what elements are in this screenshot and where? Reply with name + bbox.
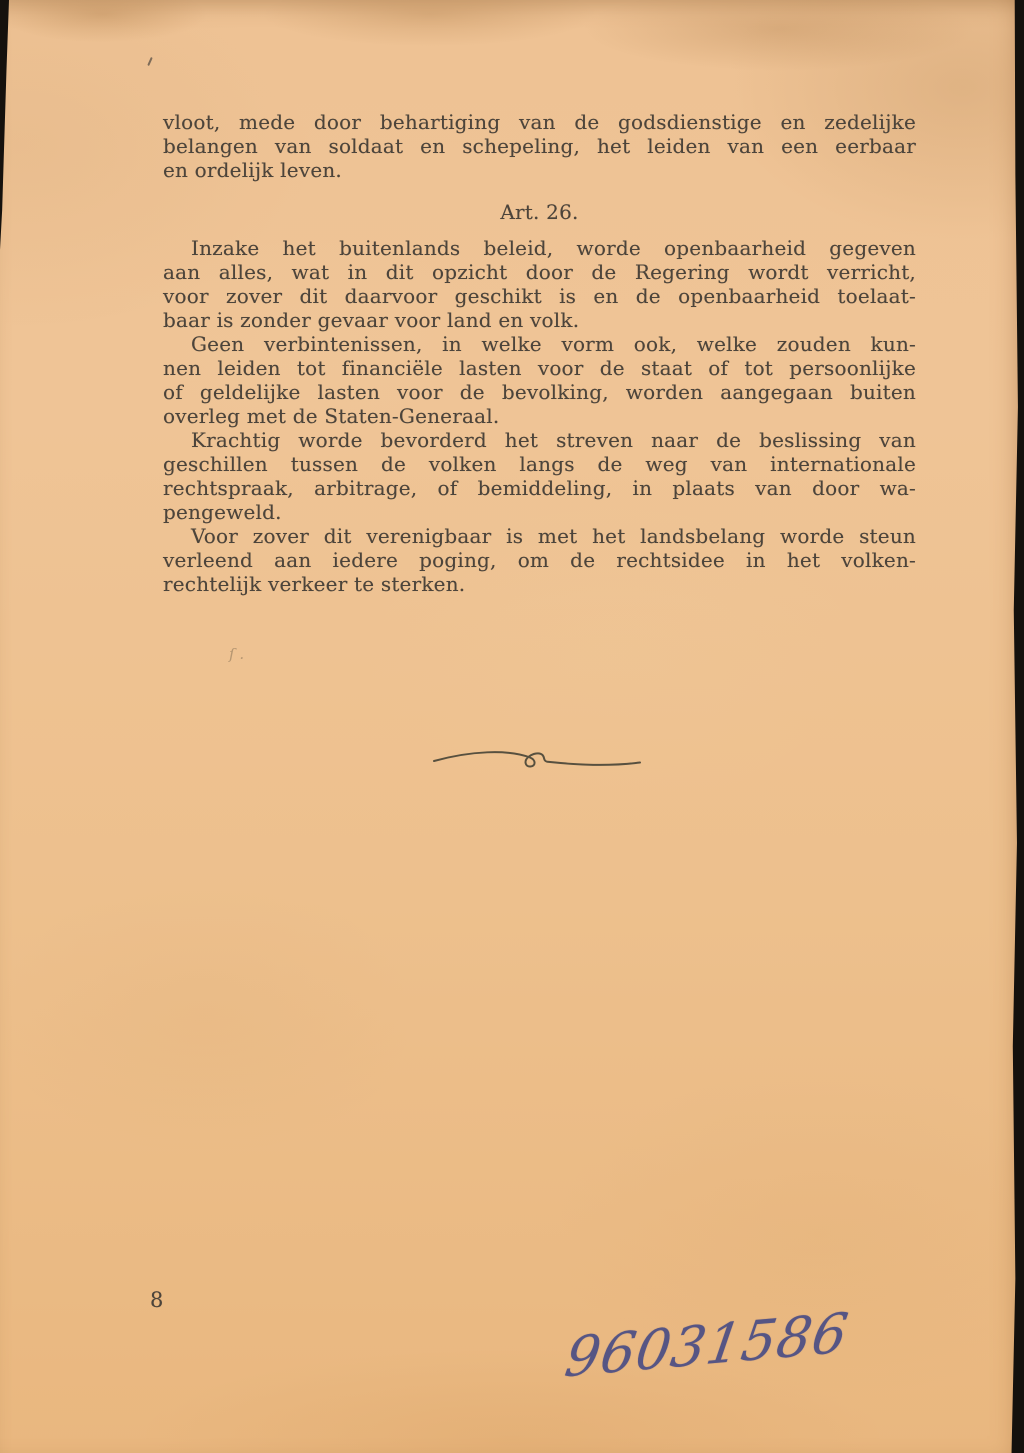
scan-edge-left [0,0,9,250]
body-paragraph: Geen verbintenissen, in welke vorm ook, … [163,332,916,428]
text-column: vloot, mede door behartiging van de gods… [163,110,916,596]
text-line: pengeweld. [163,500,916,524]
text-line: overleg met de Staten-Generaal. [163,404,916,428]
body-paragraph: Krachtig worde bevorderd het streven naa… [163,428,916,524]
article-heading: Art. 26. [163,200,916,224]
text-line: aan alles, wat in dit opzicht door de Re… [163,260,916,284]
scan-edge-right [1008,0,1024,1453]
text-line: voor zover dit daarvoor geschikt is en d… [163,284,916,308]
text-line: Inzake het buitenlands beleid, worde ope… [163,236,916,260]
squiggle-divider [430,742,645,776]
text-line: nen leiden tot financiële lasten voor de… [163,356,916,380]
text-line: rechtspraak, arbitrage, of bemiddeling, … [163,476,916,500]
text-line: of geldelijke lasten voor de bevolking, … [163,380,916,404]
scanned-page: vloot, mede door behartiging van de gods… [0,0,1024,1453]
text-line: vloot, mede door behartiging van de gods… [163,110,916,134]
faint-ink-smudge: ſ . [229,645,244,663]
page-number: 8 [150,1288,163,1312]
ink-speck-mark [147,57,152,66]
text-line: Voor zover dit verenigbaar is met het la… [163,524,916,548]
text-line: verleend aan iedere poging, om de rechts… [163,548,916,572]
text-line: Krachtig worde bevorderd het streven naa… [163,428,916,452]
text-line: rechtelijk verkeer te sterken. [163,572,916,596]
text-line: belangen van soldaat en schepeling, het … [163,134,916,158]
continuation-paragraph: vloot, mede door behartiging van de gods… [163,110,916,182]
text-line: Geen verbintenissen, in welke vorm ook, … [163,332,916,356]
body-paragraph: Voor zover dit verenigbaar is met het la… [163,524,916,596]
handwritten-serial-number: 96031586 [561,1301,850,1390]
text-line: baar is zonder gevaar voor land en volk. [163,308,916,332]
text-line: en ordelijk leven. [163,158,916,182]
body-paragraph: Inzake het buitenlands beleid, worde ope… [163,236,916,332]
text-line: geschillen tussen de volken langs de weg… [163,452,916,476]
